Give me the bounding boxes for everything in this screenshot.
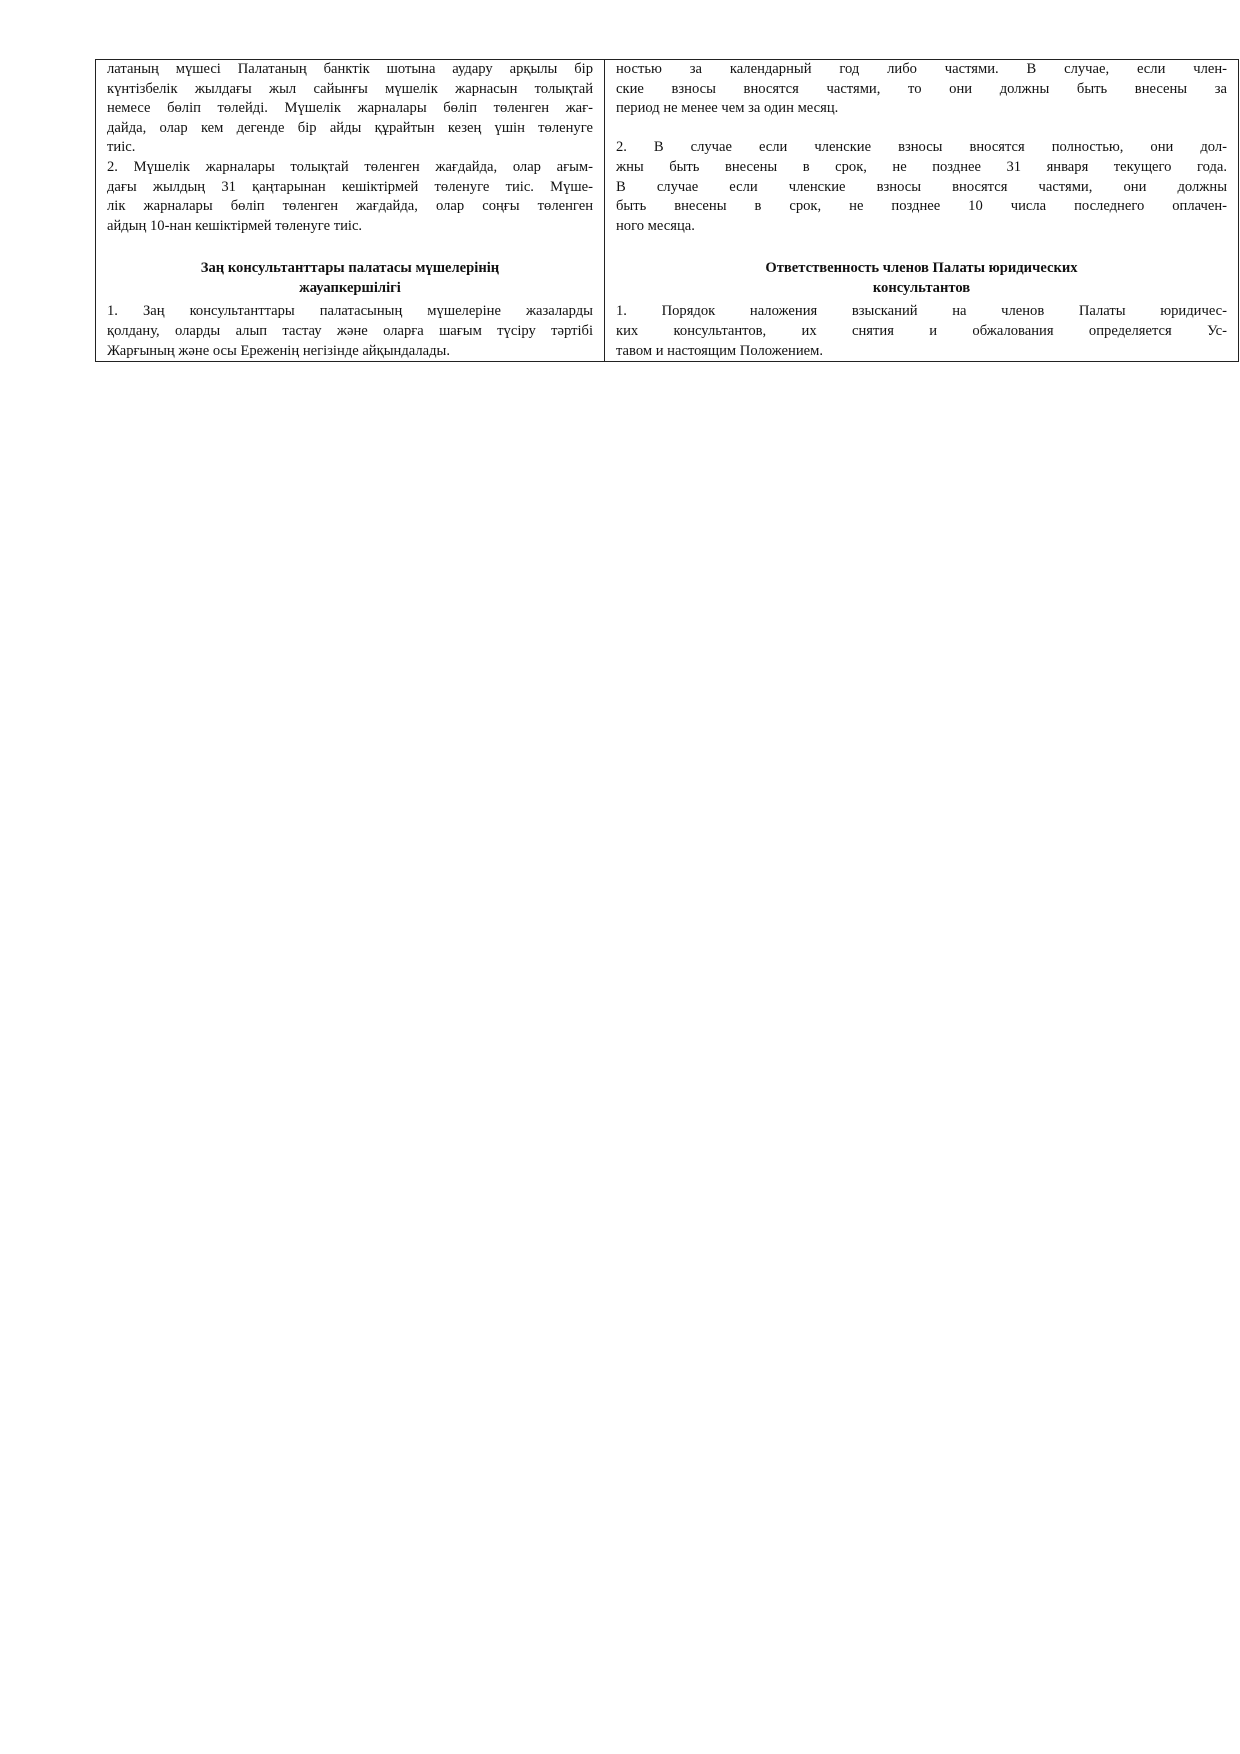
kazakh-fees-paragraph-1: латаның мүшесі Палатаның банктік шотына … (107, 60, 593, 158)
text-line: 1. Порядок наложения взысканий на членов… (616, 302, 1227, 322)
heading-line: Ответственность членов Палаты юридически… (765, 260, 1077, 276)
text-line: немесе бөліп төлейді. Мүшелік жарналары … (107, 99, 593, 119)
text-line: жны быть внесены в срок, не позднее 31 я… (616, 158, 1227, 178)
russian-responsibility-cell: Ответственность членов Палаты юридически… (605, 236, 1239, 361)
russian-membership-fees-cell: ностью за календарный год либо частями. … (605, 60, 1239, 237)
text-line: ного месяца. (616, 217, 1227, 237)
text-line: быть внесены в срок, не позднее 10 числа… (616, 197, 1227, 217)
heading-line: жауапкершілігі (299, 280, 401, 296)
text-line: 2. В случае если членские взносы вносятс… (616, 138, 1227, 158)
text-line: күнтізбелік жылдағы жыл сайынғы мүшелік … (107, 80, 593, 100)
text-line: 1. Заң консультанттары палатасының мүшел… (107, 302, 593, 322)
text-line: айдың 10-нан кешіктірмей төленуге тиіс. (107, 217, 593, 237)
bilingual-regulation-table: латаның мүшесі Палатаның банктік шотына … (95, 59, 1239, 362)
kazakh-section-heading: Заң консультанттары палатасы мүшелерінің… (107, 236, 593, 302)
kazakh-membership-fees-cell: латаның мүшесі Палатаның банктік шотына … (96, 60, 605, 237)
text-line: тавом и настоящим Положением. (616, 342, 1227, 362)
membership-fees-row: латаның мүшесі Палатаның банктік шотына … (96, 60, 1239, 237)
text-line: ские взносы вносятся частями, то они дол… (616, 80, 1227, 100)
russian-section-heading: Ответственность членов Палаты юридически… (616, 236, 1227, 302)
text-line: дайда, олар кем дегенде бір айды құрайты… (107, 119, 593, 139)
text-line: дағы жылдың 31 қаңтарынан кешіктірмей тө… (107, 178, 593, 198)
text-line: ких консультантов, их снятия и обжалован… (616, 322, 1227, 342)
text-line: период не менее чем за один месяц. (616, 99, 1227, 119)
paragraph-spacer (616, 119, 1227, 139)
kazakh-responsibility-cell: Заң консультанттары палатасы мүшелерінің… (96, 236, 605, 361)
kazakh-fees-paragraph-2: 2. Мүшелік жарналары толықтай төленген ж… (107, 158, 593, 236)
text-line: лік жарналары бөліп төленген жағдайда, о… (107, 197, 593, 217)
text-line: ностью за календарный год либо частями. … (616, 60, 1227, 80)
kazakh-responsibility-paragraph: 1. Заң консультанттары палатасының мүшел… (107, 302, 593, 361)
text-line: 2. Мүшелік жарналары толықтай төленген ж… (107, 158, 593, 178)
russian-responsibility-paragraph: 1. Порядок наложения взысканий на членов… (616, 302, 1227, 361)
heading-line: консультантов (873, 280, 970, 296)
text-line: В случае если членские взносы вносятся ч… (616, 178, 1227, 198)
text-line: тиіс. (107, 138, 593, 158)
responsibility-row: Заң консультанттары палатасы мүшелерінің… (96, 236, 1239, 361)
document-page: латаның мүшесі Палатаның банктік шотына … (0, 0, 1240, 1754)
heading-line: Заң консультанттары палатасы мүшелерінің (201, 260, 499, 276)
russian-fees-paragraph-1: ностью за календарный год либо частями. … (616, 60, 1227, 119)
russian-fees-paragraph-2: 2. В случае если членские взносы вносятс… (616, 138, 1227, 236)
text-line: латаның мүшесі Палатаның банктік шотына … (107, 60, 593, 80)
text-line: Жарғының және осы Ереженің негізінде айқ… (107, 342, 593, 362)
text-line: қолдану, оларды алып тастау және оларға … (107, 322, 593, 342)
